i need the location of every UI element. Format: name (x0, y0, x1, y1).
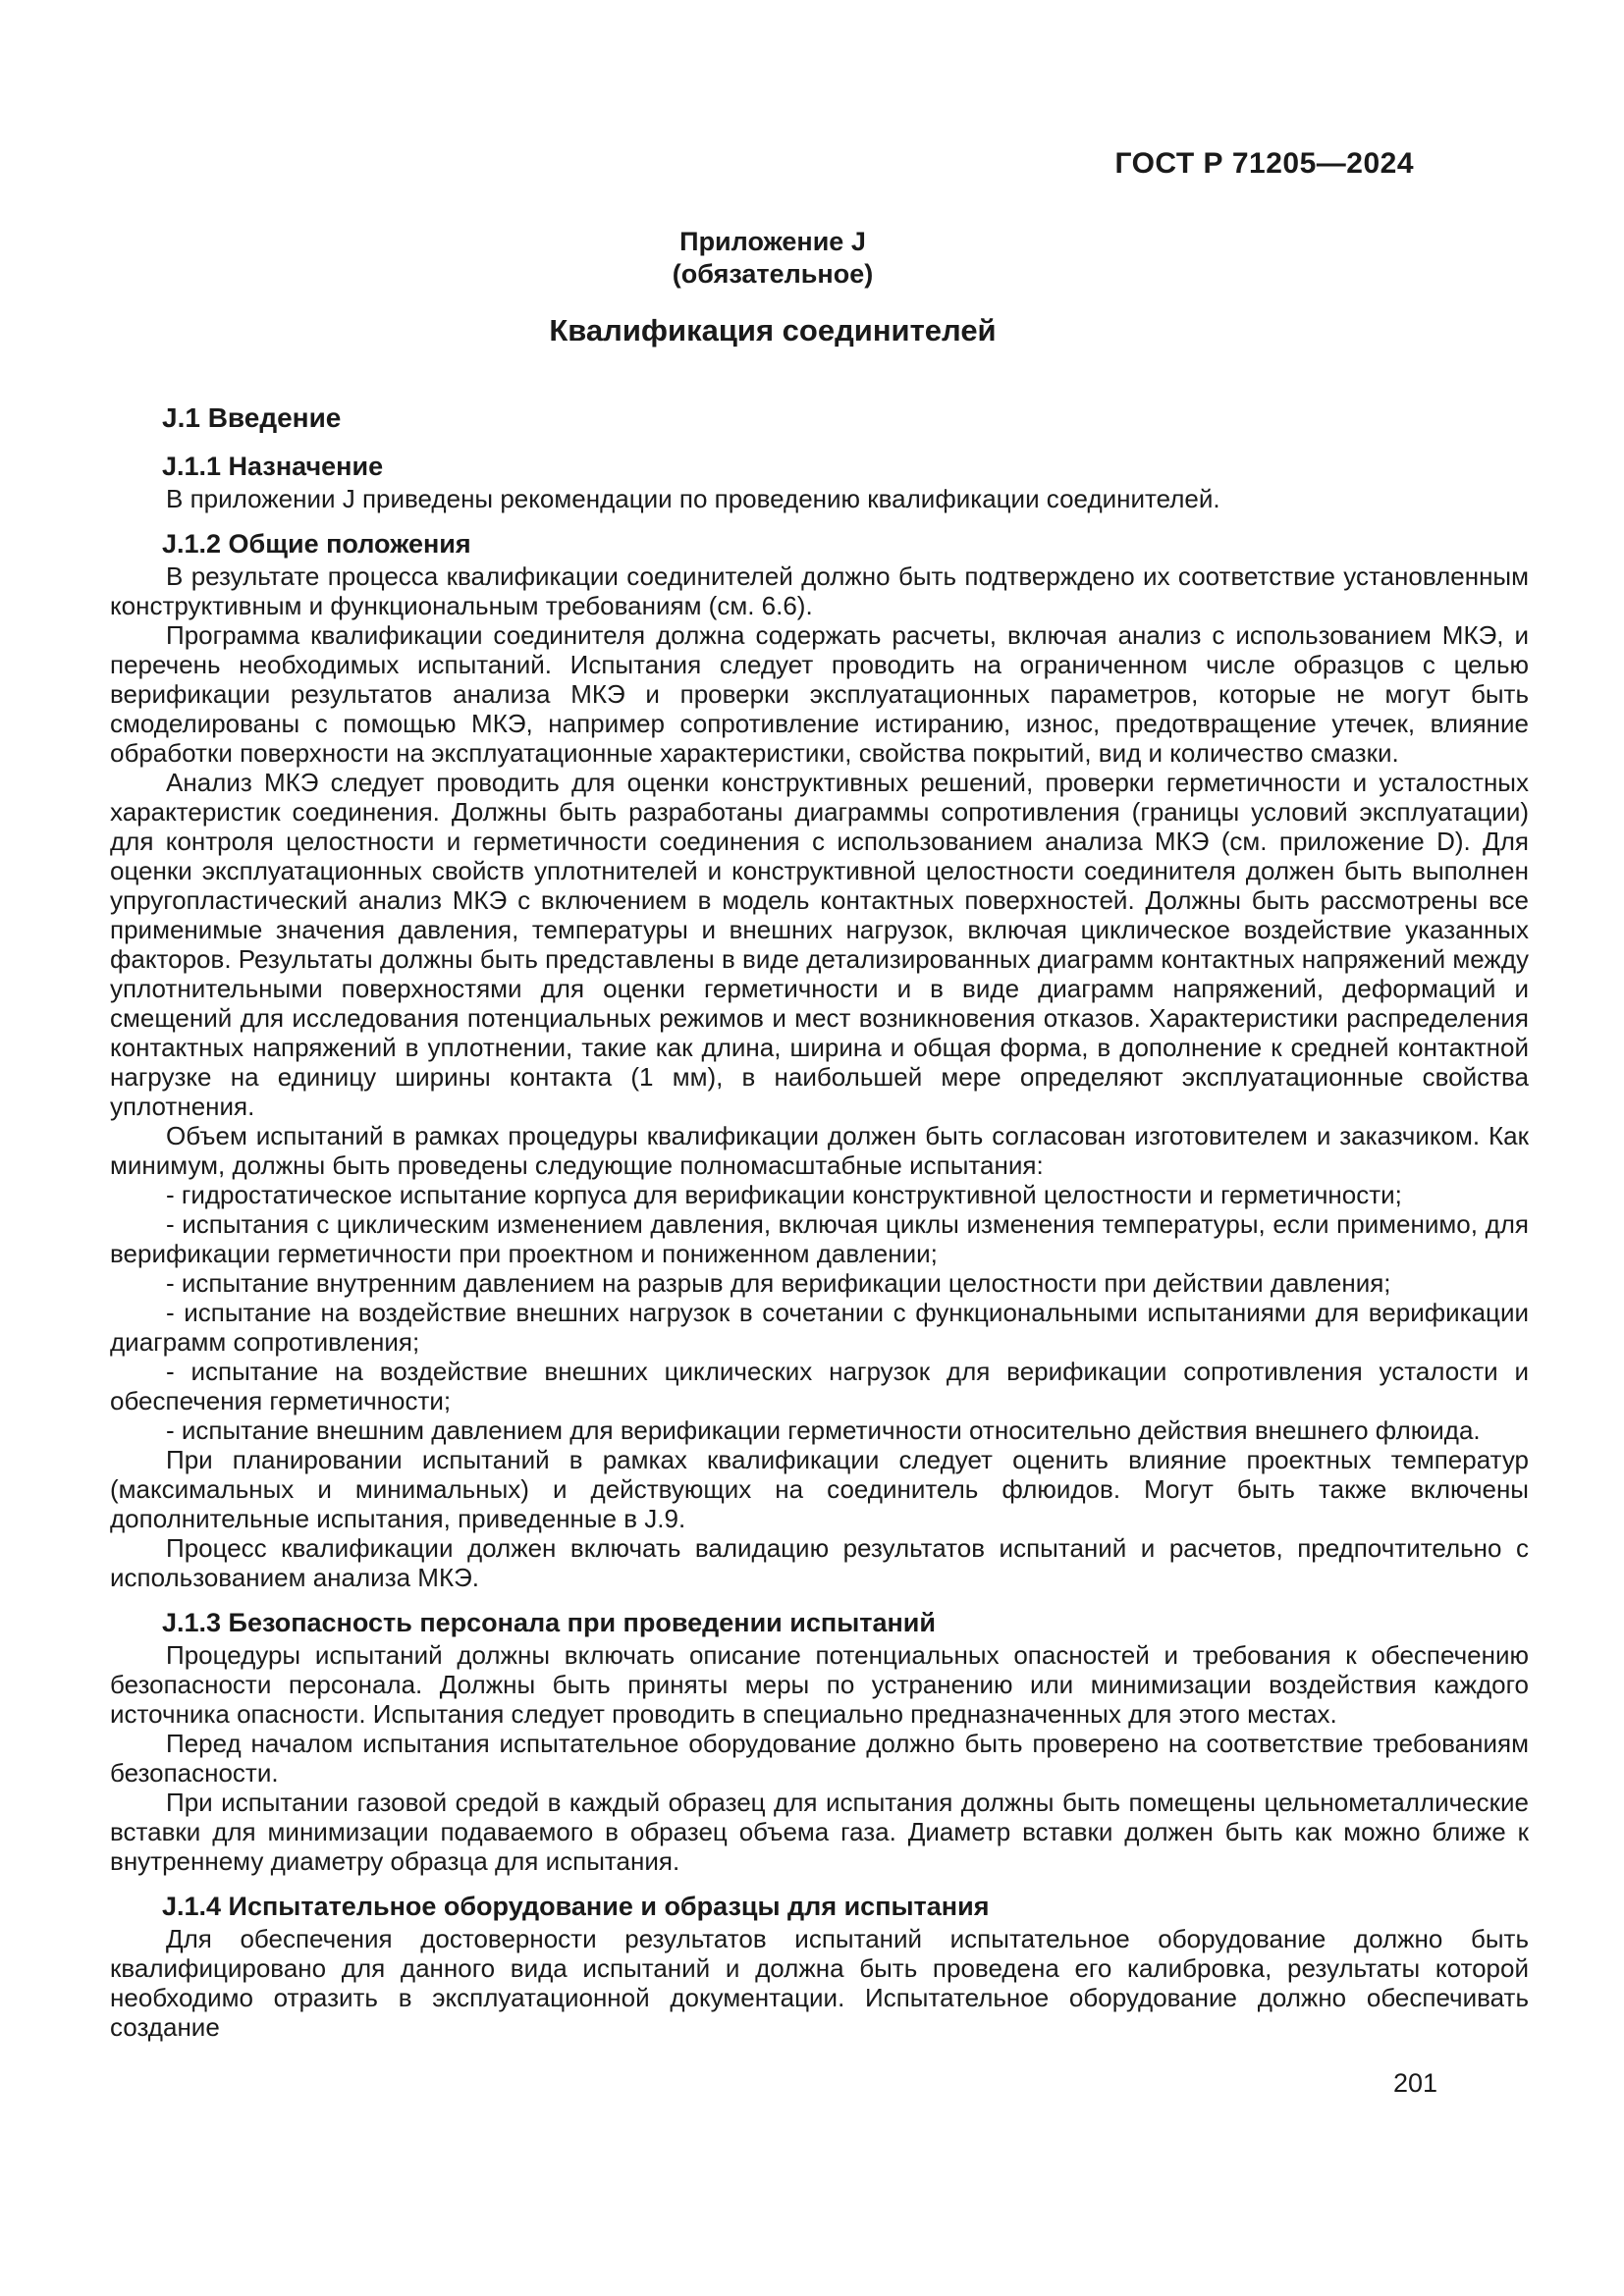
appendix-kind: (обязательное) (110, 258, 1435, 291)
paragraph: В результате процесса квалификации соеди… (110, 561, 1529, 620)
paragraph: В приложении J приведены рекомендации по… (110, 484, 1529, 513)
list-item: - испытание внутренним давлением на разр… (110, 1268, 1529, 1298)
paragraph: Процедуры испытаний должны включать опис… (110, 1640, 1529, 1729)
list-item: - испытание внешним давлением для верифи… (110, 1415, 1529, 1445)
subsection-heading: J.1.1 Назначение (162, 452, 1529, 482)
list-item: - испытания с циклическим изменением дав… (110, 1209, 1529, 1268)
subsection-heading: J.1.4 Испытательное оборудование и образ… (162, 1892, 1529, 1922)
paragraph: Программа квалификации соединителя должн… (110, 620, 1529, 768)
appendix-title: Квалификация соединителей (110, 314, 1435, 347)
appendix-label: Приложение J (110, 226, 1435, 258)
paragraph: Перед началом испытания испытательное об… (110, 1729, 1529, 1788)
paragraph: Процесс квалификации должен включать вал… (110, 1533, 1529, 1592)
paragraph: Анализ МКЭ следует проводить для оценки … (110, 768, 1529, 1121)
page-number: 201 (1393, 2067, 1437, 2099)
document-page: ГОСТ Р 71205—2024 Приложение J (обязател… (0, 0, 1624, 2296)
list-item: - гидростатическое испытание корпуса для… (110, 1180, 1529, 1209)
subsection-heading: J.1.2 Общие положения (162, 529, 1529, 560)
paragraph: Объем испытаний в рамках процедуры квали… (110, 1121, 1529, 1180)
document-content: J.1 ВведениеJ.1.1 НазначениеВ приложении… (110, 402, 1529, 2042)
document-flow: Приложение J (обязательное) Квалификация… (110, 0, 1529, 2042)
list-item: - испытание на воздействие внешних нагру… (110, 1298, 1529, 1357)
subsection-heading: J.1.3 Безопасность персонала при проведе… (162, 1608, 1529, 1638)
paragraph: Для обеспечения достоверности результато… (110, 1924, 1529, 2042)
appendix-title-block: Приложение J (обязательное) Квалификация… (110, 0, 1435, 347)
paragraph: При планировании испытаний в рамках квал… (110, 1445, 1529, 1533)
section-heading: J.1 Введение (162, 402, 1529, 434)
paragraph: При испытании газовой средой в каждый об… (110, 1788, 1529, 1876)
list-item: - испытание на воздействие внешних цикли… (110, 1357, 1529, 1415)
